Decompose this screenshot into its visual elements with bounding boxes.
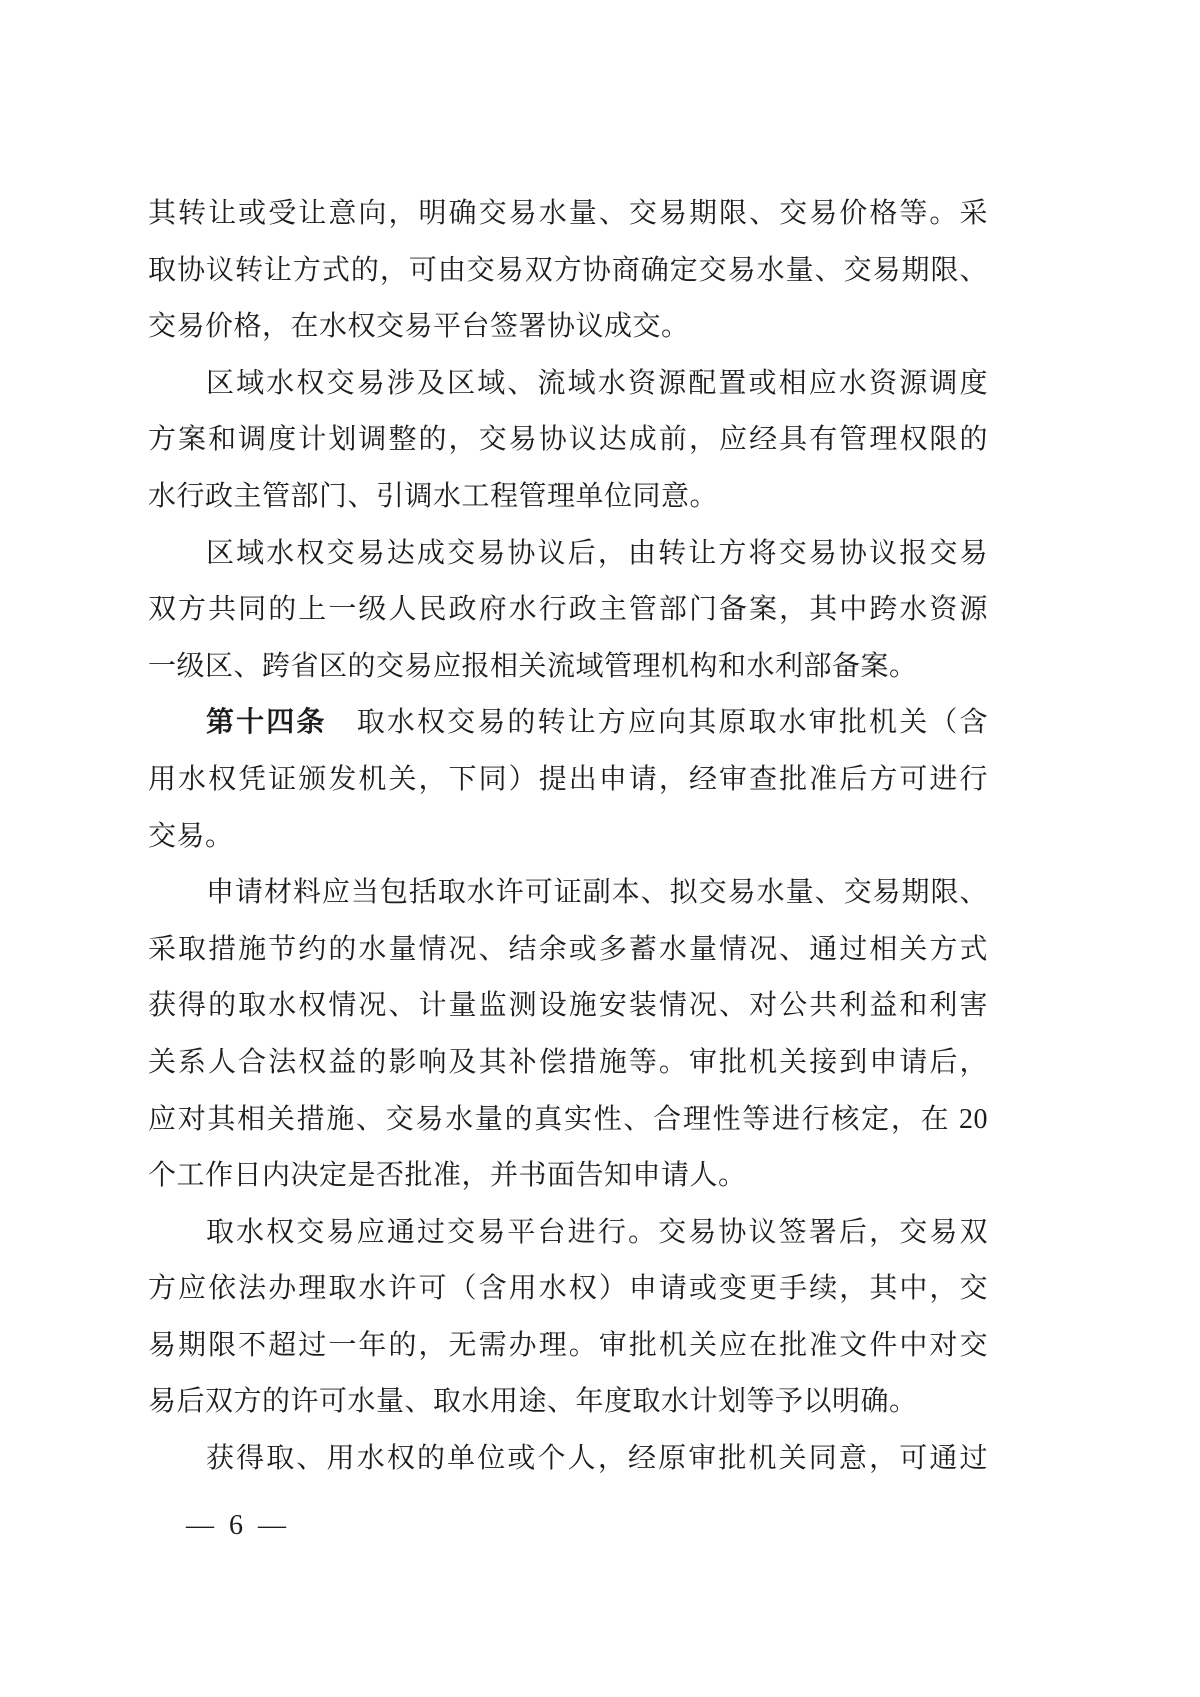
text-line: 取水权交易应通过交易平台进行。交易协议签署后，交易双 xyxy=(148,1205,988,1262)
text-line: 一级区、跨省区的交易应报相关流域管理机构和水利部备案。 xyxy=(148,639,988,696)
text-line: 采取措施节约的水量情况、结余或多蓄水量情况、通过相关方式 xyxy=(148,922,988,979)
text-line: 其转让或受让意向，明确交易水量、交易期限、交易价格等。采 xyxy=(148,186,988,243)
text-line: 易后双方的许可水量、取水用途、年度取水计划等予以明确。 xyxy=(148,1374,988,1431)
text-line: 双方共同的上一级人民政府水行政主管部门备案，其中跨水资源 xyxy=(148,582,988,639)
page-number: — 6 — xyxy=(186,1506,290,1546)
text-line: 区域水权交易涉及区域、流域水资源配置或相应水资源调度 xyxy=(148,356,988,413)
text-line: 水行政主管部门、引调水工程管理单位同意。 xyxy=(148,469,988,526)
text-line: 关系人合法权益的影响及其补偿措施等。审批机关接到申请后， xyxy=(148,1035,988,1092)
text-line: 取协议转让方式的，可由交易双方协商确定交易水量、交易期限、 xyxy=(148,243,988,300)
text-line: 获得取、用水权的单位或个人，经原审批机关同意，可通过 xyxy=(148,1431,988,1488)
article-text: 取水权交易的转让方应向其原取水审批机关（含 xyxy=(327,707,988,738)
text-line: 方应依法办理取水许可（含用水权）申请或变更手续，其中，交 xyxy=(148,1261,988,1318)
text-line: 易期限不超过一年的，无需办理。审批机关应在批准文件中对交 xyxy=(148,1318,988,1375)
text-line: 方案和调度计划调整的，交易协议达成前，应经具有管理权限的 xyxy=(148,412,988,469)
text-line: 用水权凭证颁发机关，下同）提出申请，经审查批准后方可进行 xyxy=(148,752,988,809)
text-line: 申请材料应当包括取水许可证副本、拟交易水量、交易期限、 xyxy=(148,865,988,922)
text-line: 应对其相关措施、交易水量的真实性、合理性等进行核定，在 20 xyxy=(148,1092,988,1149)
text-line: 获得的取水权情况、计量监测设施安装情况、对公共利益和利害 xyxy=(148,978,988,1035)
text-line: 交易价格，在水权交易平台签署协议成交。 xyxy=(148,299,988,356)
document-body: 其转让或受让意向，明确交易水量、交易期限、交易价格等。采 取协议转让方式的，可由… xyxy=(148,186,988,1488)
article-number: 第十四条 xyxy=(206,707,327,738)
document-page: 其转让或受让意向，明确交易水量、交易期限、交易价格等。采 取协议转让方式的，可由… xyxy=(0,0,1200,1697)
article-14-heading-line: 第十四条 取水权交易的转让方应向其原取水审批机关（含 xyxy=(148,695,988,752)
text-line: 区域水权交易达成交易协议后，由转让方将交易协议报交易 xyxy=(148,526,988,583)
text-line: 个工作日内决定是否批准，并书面告知申请人。 xyxy=(148,1148,988,1205)
text-line: 交易。 xyxy=(148,809,988,866)
